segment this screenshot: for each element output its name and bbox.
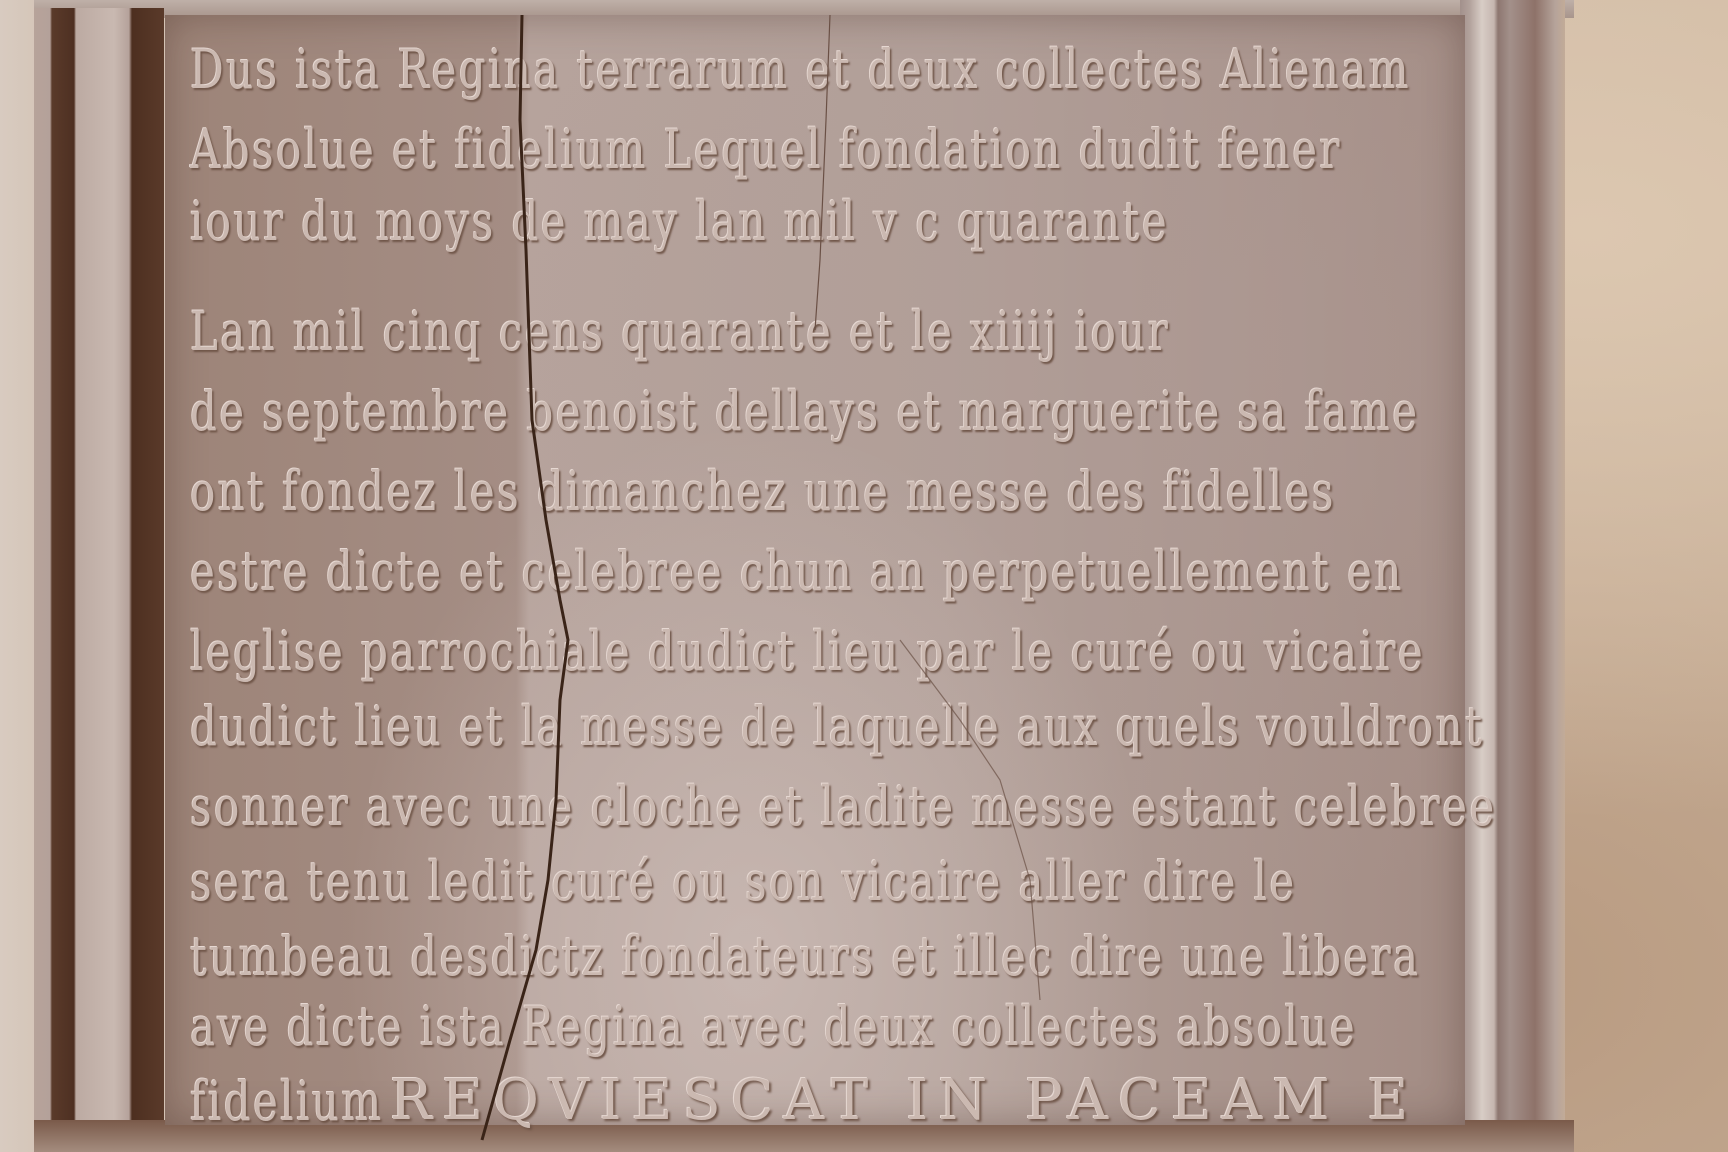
inscription-line: fidelium (190, 1070, 384, 1133)
inscription-final-line: REQVIESCAT IN PACEAM E (390, 1068, 1418, 1133)
inscription-line: ont fondez les dimanchez une messe des f… (190, 460, 1336, 523)
inscription-line: iour du moys de may lan mil v c quarante (190, 190, 1169, 253)
inscription-line: dudict lieu et la messe de laquelle aux … (190, 695, 1484, 758)
inscription-line: sonner avec une cloche et ladite messe e… (190, 775, 1497, 838)
inscription-line: ave dicte ista Regina avec deux collecte… (190, 995, 1357, 1058)
inscription-line: leglise parrochiale dudict lieu par le c… (190, 620, 1425, 683)
inscription-line: de septembre benoist dellays et margueri… (190, 380, 1419, 443)
inscription-line: Dus ista Regina terrarum et deux collect… (190, 38, 1411, 101)
inscription-line: tumbeau desdictz fondateurs et illec dir… (190, 925, 1421, 988)
inscription-line: Lan mil cinq cens quarante et le xiiij i… (190, 300, 1170, 363)
frame-right-molding (1460, 0, 1565, 1152)
inscription-line: sera tenu ledit curé ou son vicaire alle… (190, 850, 1297, 913)
inscription-line: estre dicte et celebree chun an perpetue… (190, 540, 1404, 603)
inscription-line: Absolue et fidelium Lequel fondation dud… (190, 118, 1342, 181)
frame-left-molding (34, 8, 164, 1152)
